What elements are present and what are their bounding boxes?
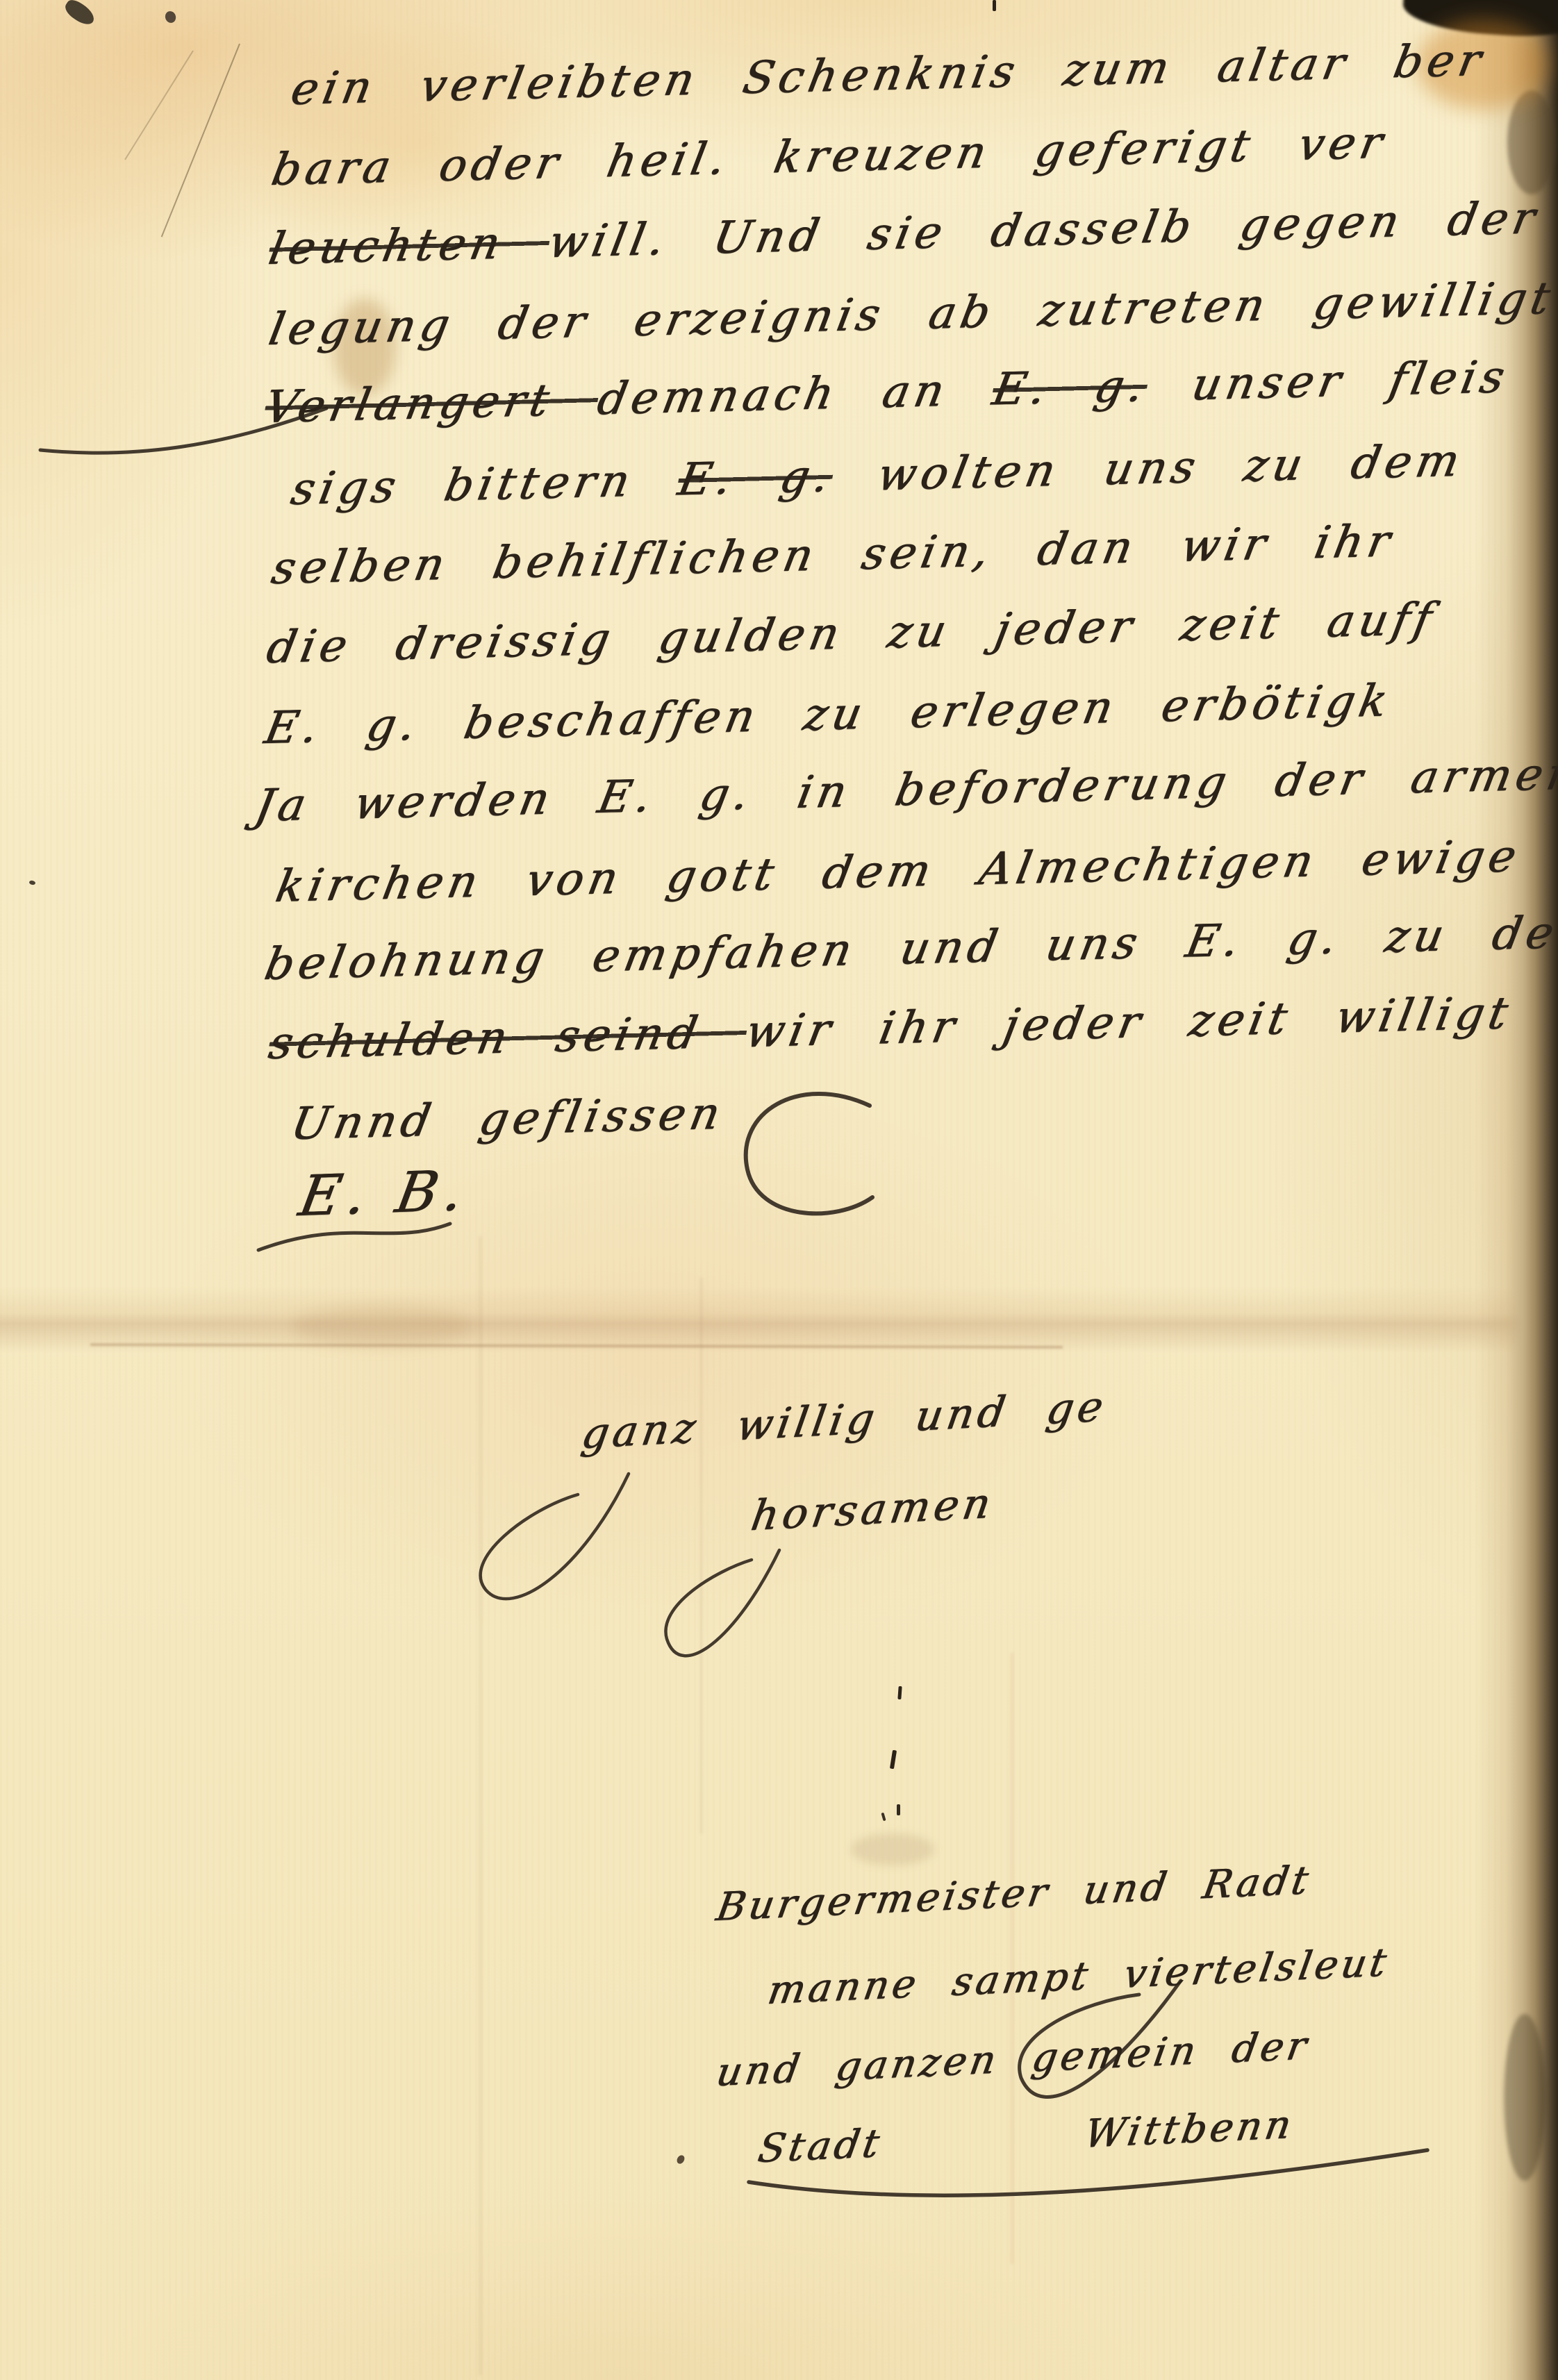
signature-descender-flourish xyxy=(1020,1981,1181,2097)
initials-flourish xyxy=(258,1224,450,1250)
closing-descender-flourish xyxy=(665,1550,779,1656)
left-margin-flourish xyxy=(40,408,326,453)
c-flourish xyxy=(746,1094,872,1213)
flourish-overlay xyxy=(0,0,1558,2380)
signature-underline-flourish xyxy=(749,2150,1427,2195)
closing-descender-flourish xyxy=(481,1474,629,1599)
manuscript-page: ein verleibten Schenknis zum altar ber b… xyxy=(0,0,1558,2380)
